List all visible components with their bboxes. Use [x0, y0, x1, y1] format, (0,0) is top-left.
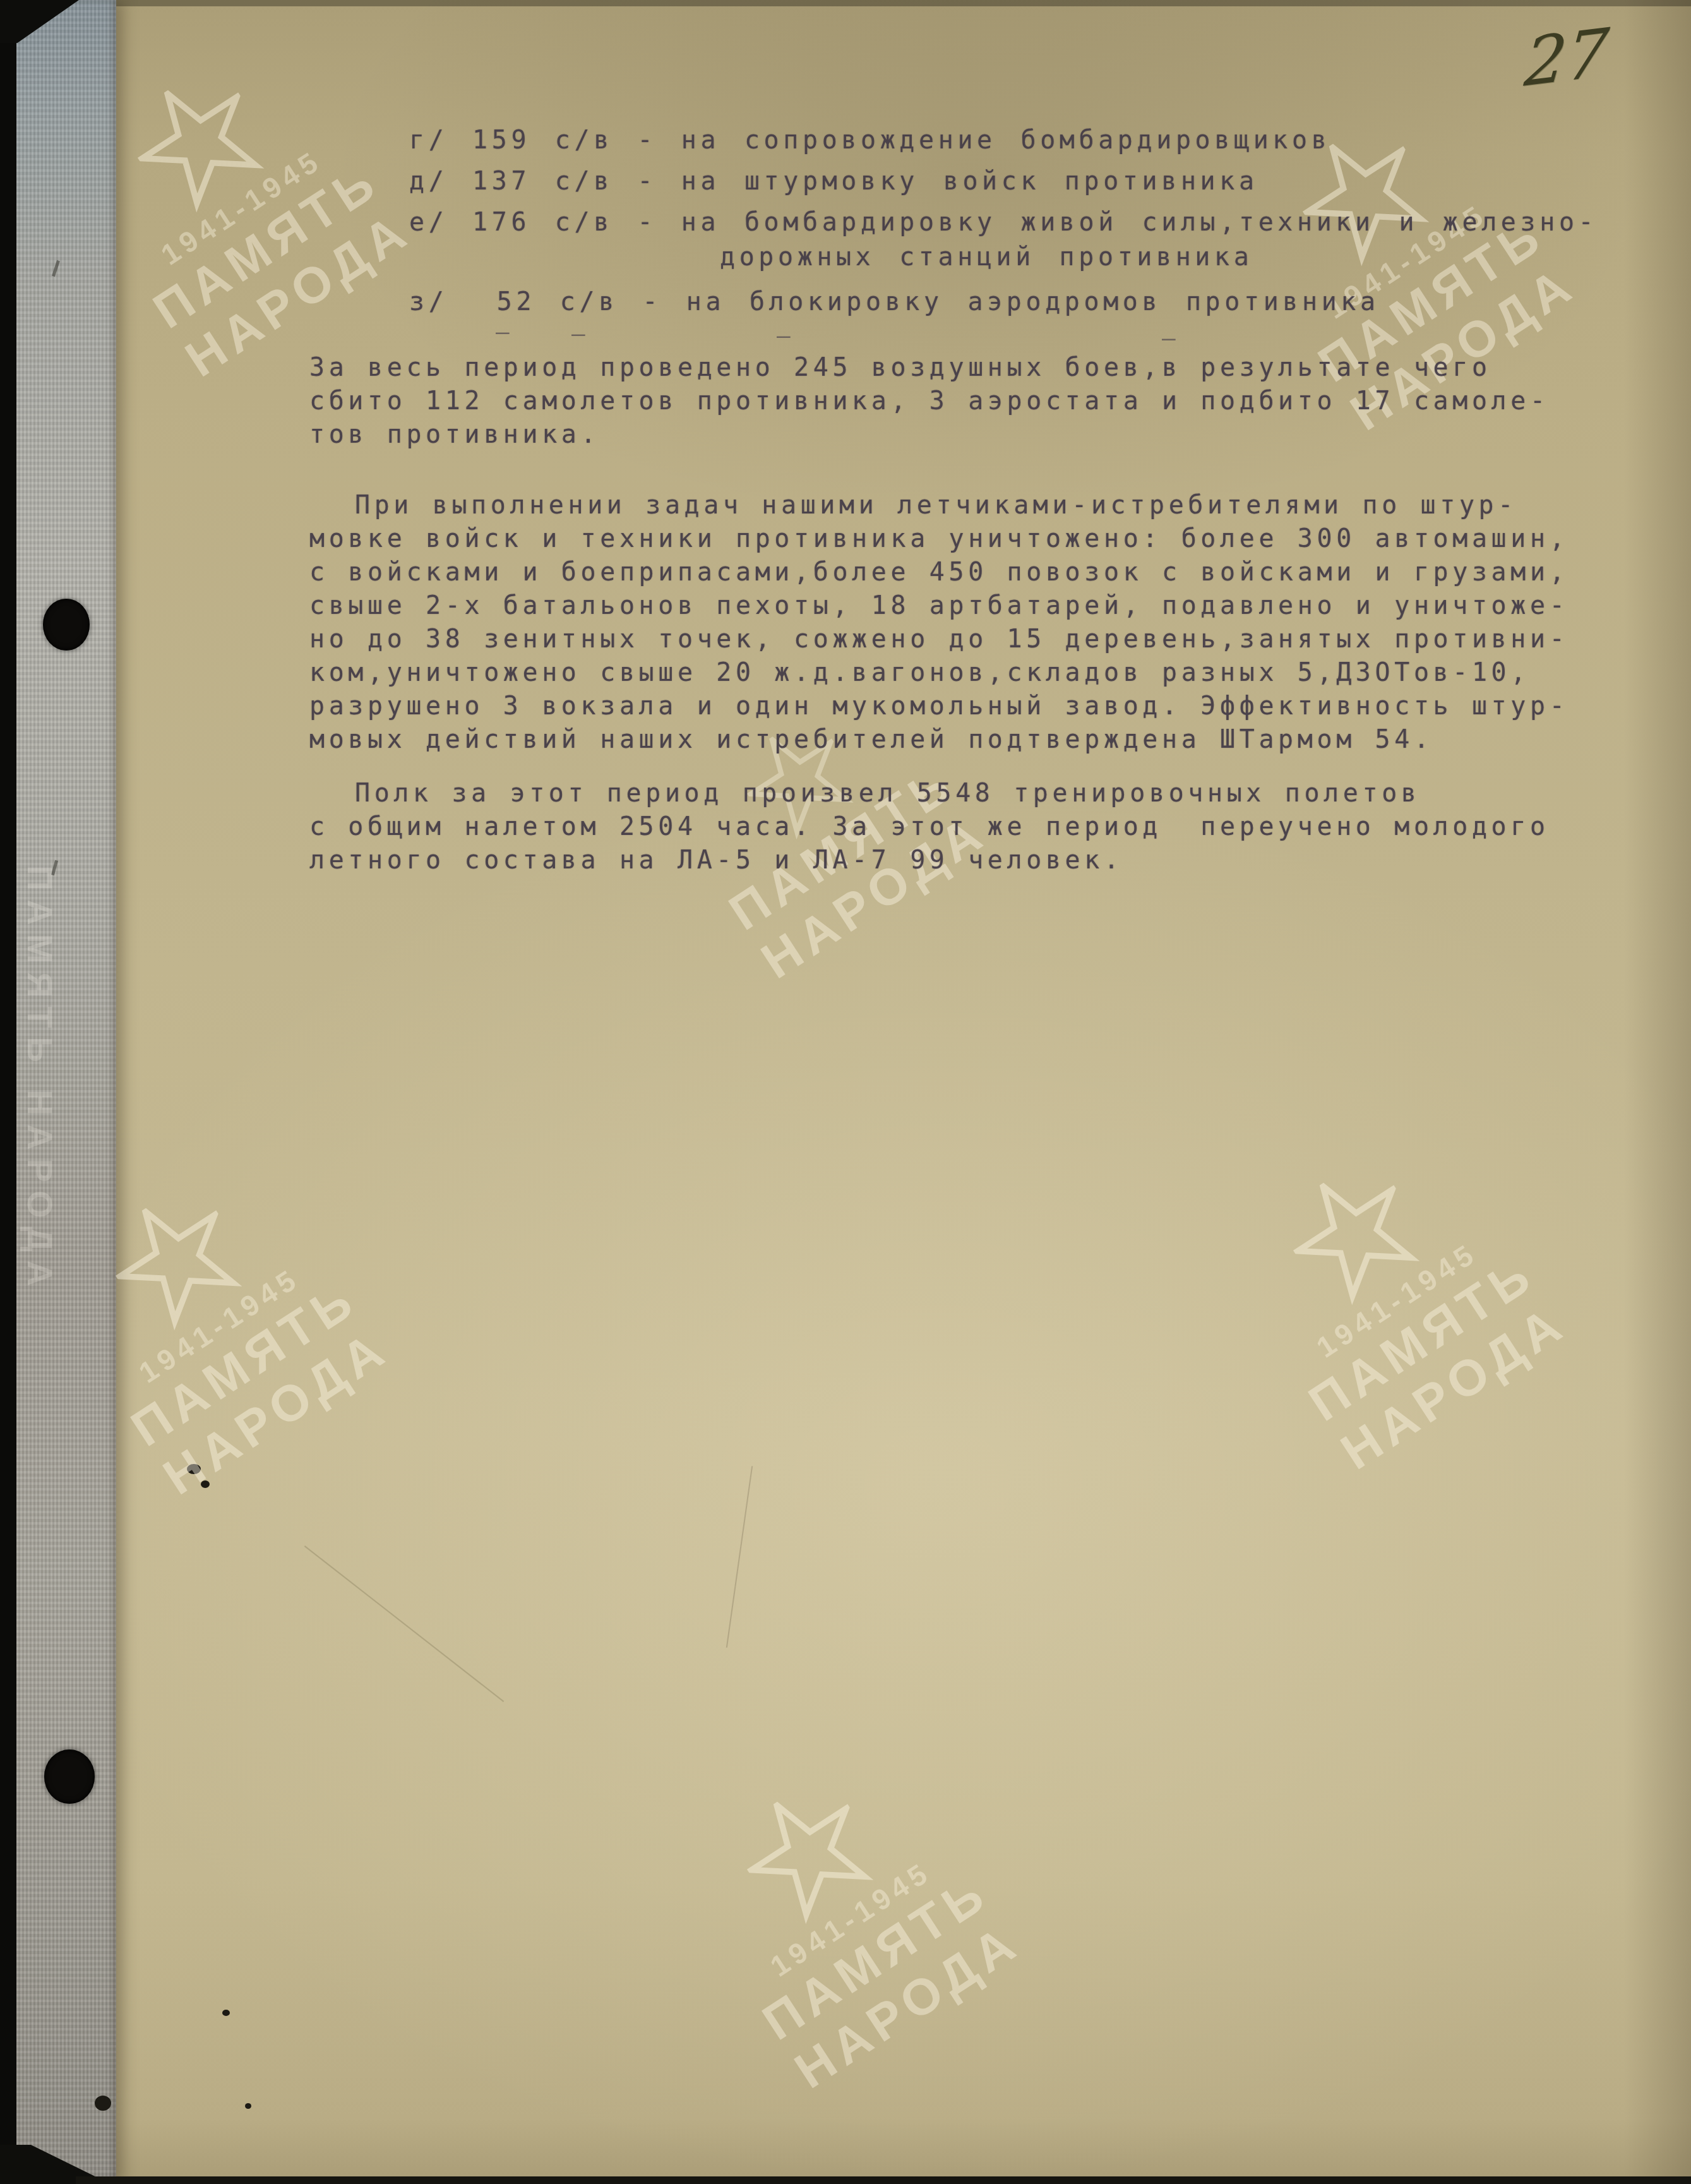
text-line: мовых действий наших истребителей подтве…	[309, 723, 1604, 757]
sortie-line: д/ 137 с/в - на штурмовку войск противни…	[409, 165, 1258, 198]
text-line: За весь период проведено 245 воздушных б…	[309, 351, 1604, 385]
paragraph: При выполнении задач нашими летчиками-ис…	[309, 489, 1604, 757]
typed-content: г/ 159 с/в - на сопровождение бомбардиро…	[0, 0, 1691, 2184]
paragraph: Полк за этот период произвел 5548 тренир…	[309, 777, 1604, 877]
stray-dash: —	[777, 323, 791, 349]
text-line: разрушено 3 вокзала и один мукомольный з…	[309, 690, 1604, 723]
text-line: Полк за этот период произвел 5548 тренир…	[309, 777, 1604, 810]
text-line: ком,уничтожено свыше 20 ж.д.вагонов,скла…	[309, 656, 1604, 690]
text-line: с войсками и боеприпасами,более 450 пово…	[309, 556, 1604, 589]
text-line: сбито 112 самолетов противника, 3 аэрост…	[309, 385, 1604, 418]
stray-dash: —	[1162, 326, 1176, 352]
text-line: мовке войск и техники противника уничтож…	[309, 522, 1604, 556]
paragraph: За весь период проведено 245 воздушных б…	[309, 351, 1604, 452]
text-line: При выполнении задач нашими летчиками-ис…	[309, 489, 1604, 522]
sortie-line: е/ 176 с/в - на бомбардировку живой силы…	[409, 206, 1598, 239]
stray-dash: —	[496, 320, 510, 345]
stray-dash: —	[571, 321, 585, 347]
sortie-line: з/ 52 с/в - на блокировку аэродромов про…	[409, 285, 1380, 319]
text-line: но до 38 зенитных точек, сожжено до 15 д…	[309, 623, 1604, 656]
text-line: с общим налетом 2504 часа. За этот же пе…	[309, 810, 1604, 844]
document-scan-page: 1941-1945 ПАМЯТЬ НАРОДА 1941-1945 ПАМЯТЬ…	[0, 0, 1691, 2184]
text-line: свыше 2-х батальонов пехоты, 18 артбатар…	[309, 589, 1604, 623]
text-line: летного состава на ЛА-5 и ЛА-7 99 челове…	[309, 844, 1604, 877]
sortie-line-wrap: дорожных станций противника	[720, 241, 1253, 274]
text-line: тов противника.	[309, 418, 1604, 452]
sortie-line: г/ 159 с/в - на сопровождение бомбардиро…	[409, 124, 1330, 157]
